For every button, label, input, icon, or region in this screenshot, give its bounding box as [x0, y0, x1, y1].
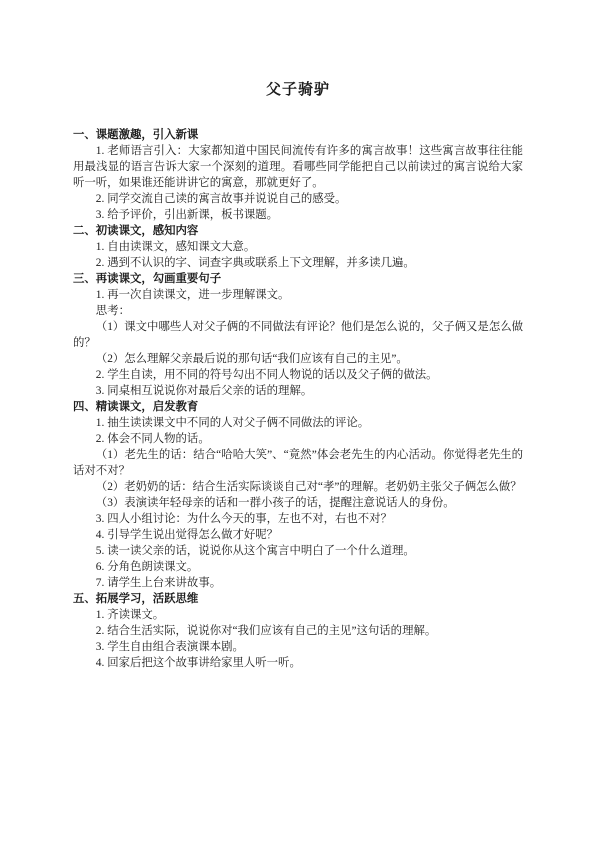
doc-paragraph: 2. 学生自读，用不同的符号勾出不同人物说的话以及父子俩的做法。	[73, 367, 523, 383]
section-heading: 三、再读课文，勾画重要句子	[73, 271, 523, 287]
doc-paragraph: （1）老先生的话：结合“哈哈大笑”、“竟然”体会老先生的内心活动。你觉得老先生的…	[73, 447, 523, 479]
section-heading: 五、拓展学习，活跃思维	[73, 591, 523, 607]
doc-paragraph: 7. 请学生上台来讲故事。	[73, 575, 523, 591]
doc-paragraph: （2）老奶奶的话：结合生活实际谈谈自己对“孝”的理解。老奶奶主张父子俩怎么做？	[73, 479, 523, 495]
document-content: 父子骑驴 一、课题激趣，引入新课 1. 老师语言引入：大家都知道中国民间流传有许…	[73, 80, 523, 671]
doc-paragraph: 5. 读一读父亲的话，说说你从这个寓言中明白了一个什么道理。	[73, 543, 523, 559]
doc-paragraph: 3. 同桌相互说说你对最后父亲的话的理解。	[73, 383, 523, 399]
doc-paragraph: 1. 再一次自读课文，进一步理解课文。	[73, 287, 523, 303]
doc-paragraph: （2）怎么理解父亲最后说的那句话“我们应该有自己的主见”。	[73, 351, 523, 367]
section-second-reading: 三、再读课文，勾画重要句子 1. 再一次自读课文，进一步理解课文。 思考： （1…	[73, 271, 523, 399]
doc-paragraph: 2. 结合生活实际，说说你对“我们应该有自己的主见”这句话的理解。	[73, 623, 523, 639]
section-first-reading: 二、初读课文，感知内容 1. 自由读课文，感知课文大意。 2. 遇到不认识的字、…	[73, 223, 523, 271]
doc-paragraph: （1）课文中哪些人对父子俩的不同做法有评论？他们是怎么说的，父子俩又是怎么做的？	[73, 319, 523, 351]
doc-paragraph: 1. 齐读课文。	[73, 607, 523, 623]
page-title: 父子骑驴	[73, 80, 523, 100]
doc-paragraph: 3. 四人小组讨论：为什么今天的事，左也不对，右也不对？	[73, 511, 523, 527]
section-heading: 四、精读课文，启发教育	[73, 399, 523, 415]
section-intensive-reading: 四、精读课文，启发教育 1. 抽生读读课文中不同的人对父子俩不同做法的评论。 2…	[73, 399, 523, 591]
doc-paragraph: 6. 分角色朗读课文。	[73, 559, 523, 575]
document-page: 父子骑驴 一、课题激趣，引入新课 1. 老师语言引入：大家都知道中国民间流传有许…	[0, 0, 595, 841]
doc-paragraph: 1. 老师语言引入：大家都知道中国民间流传有许多的寓言故事！这些寓言故事往往能用…	[73, 143, 523, 191]
section-extension: 五、拓展学习，活跃思维 1. 齐读课文。 2. 结合生活实际，说说你对“我们应该…	[73, 591, 523, 671]
doc-paragraph: （3）表演读年轻母亲的话和一群小孩子的话，提醒注意说话人的身份。	[73, 495, 523, 511]
doc-paragraph: 1. 自由读课文，感知课文大意。	[73, 239, 523, 255]
doc-paragraph: 2. 体会不同人物的话。	[73, 431, 523, 447]
doc-paragraph: 4. 回家后把这个故事讲给家里人听一听。	[73, 655, 523, 671]
section-heading: 一、课题激趣，引入新课	[73, 127, 523, 143]
doc-paragraph: 4. 引导学生说出觉得怎么做才好呢？	[73, 527, 523, 543]
doc-paragraph: 1. 抽生读读课文中不同的人对父子俩不同做法的评论。	[73, 415, 523, 431]
doc-paragraph: 思考：	[73, 303, 523, 319]
section-heading: 二、初读课文，感知内容	[73, 223, 523, 239]
section-lesson-intro: 一、课题激趣，引入新课 1. 老师语言引入：大家都知道中国民间流传有许多的寓言故…	[73, 127, 523, 223]
doc-paragraph: 3. 学生自由组合表演课本剧。	[73, 639, 523, 655]
doc-paragraph: 2. 同学交流自己读的寓言故事并说说自己的感受。	[73, 191, 523, 207]
doc-paragraph: 3. 给予评价，引出新课，板书课题。	[73, 207, 523, 223]
doc-paragraph: 2. 遇到不认识的字、词查字典或联系上下文理解，并多读几遍。	[73, 255, 523, 271]
